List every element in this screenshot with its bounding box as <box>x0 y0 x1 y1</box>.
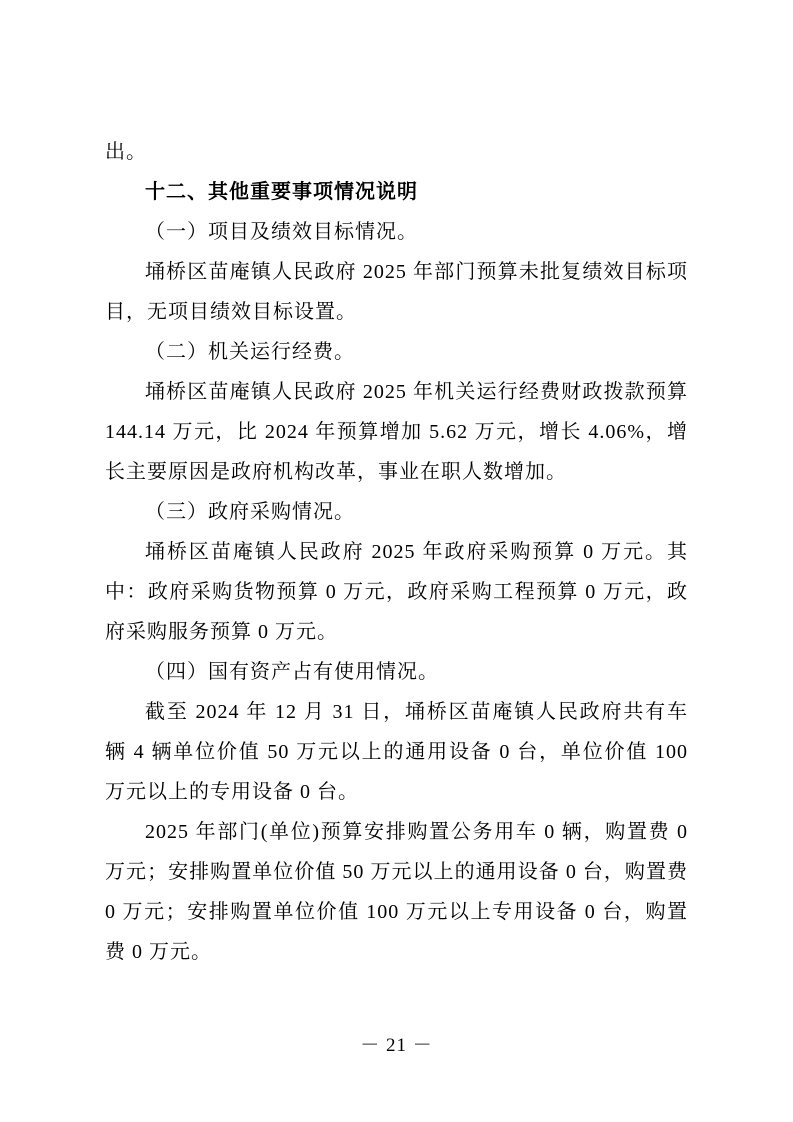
paragraph-government-procurement: 埇桥区苗庵镇人民政府 2025 年政府采购预算 0 万元。其中：政府采购货物预算… <box>105 532 688 652</box>
subsection-heading-4: （四）国有资产占有使用情况。 <box>105 652 688 692</box>
subsection-heading-2: （二）机关运行经费。 <box>105 332 688 372</box>
paragraph-performance-targets: 埇桥区苗庵镇人民政府 2025 年部门预算未批复绩效目标项目，无项目绩效目标设置… <box>105 252 688 332</box>
paragraph-state-assets: 截至 2024 年 12 月 31 日，埇桥区苗庵镇人民政府共有车辆 4 辆单位… <box>105 692 688 812</box>
document-body: 出。 十二、其他重要事项情况说明 （一）项目及绩效目标情况。 埇桥区苗庵镇人民政… <box>105 132 688 972</box>
section-heading: 十二、其他重要事项情况说明 <box>105 172 688 212</box>
subsection-heading-3: （三）政府采购情况。 <box>105 492 688 532</box>
document-page: 出。 十二、其他重要事项情况说明 （一）项目及绩效目标情况。 埇桥区苗庵镇人民政… <box>0 0 793 1122</box>
page-number: － 21 － <box>0 1032 793 1060</box>
paragraph-carryover: 出。 <box>105 132 688 172</box>
paragraph-operating-expenses: 埇桥区苗庵镇人民政府 2025 年机关运行经费财政拨款预算 144.14 万元，… <box>105 372 688 492</box>
subsection-heading-1: （一）项目及绩效目标情况。 <box>105 212 688 252</box>
paragraph-planned-purchases: 2025 年部门(单位)预算安排购置公务用车 0 辆，购置费 0 万元；安排购置… <box>105 812 688 972</box>
